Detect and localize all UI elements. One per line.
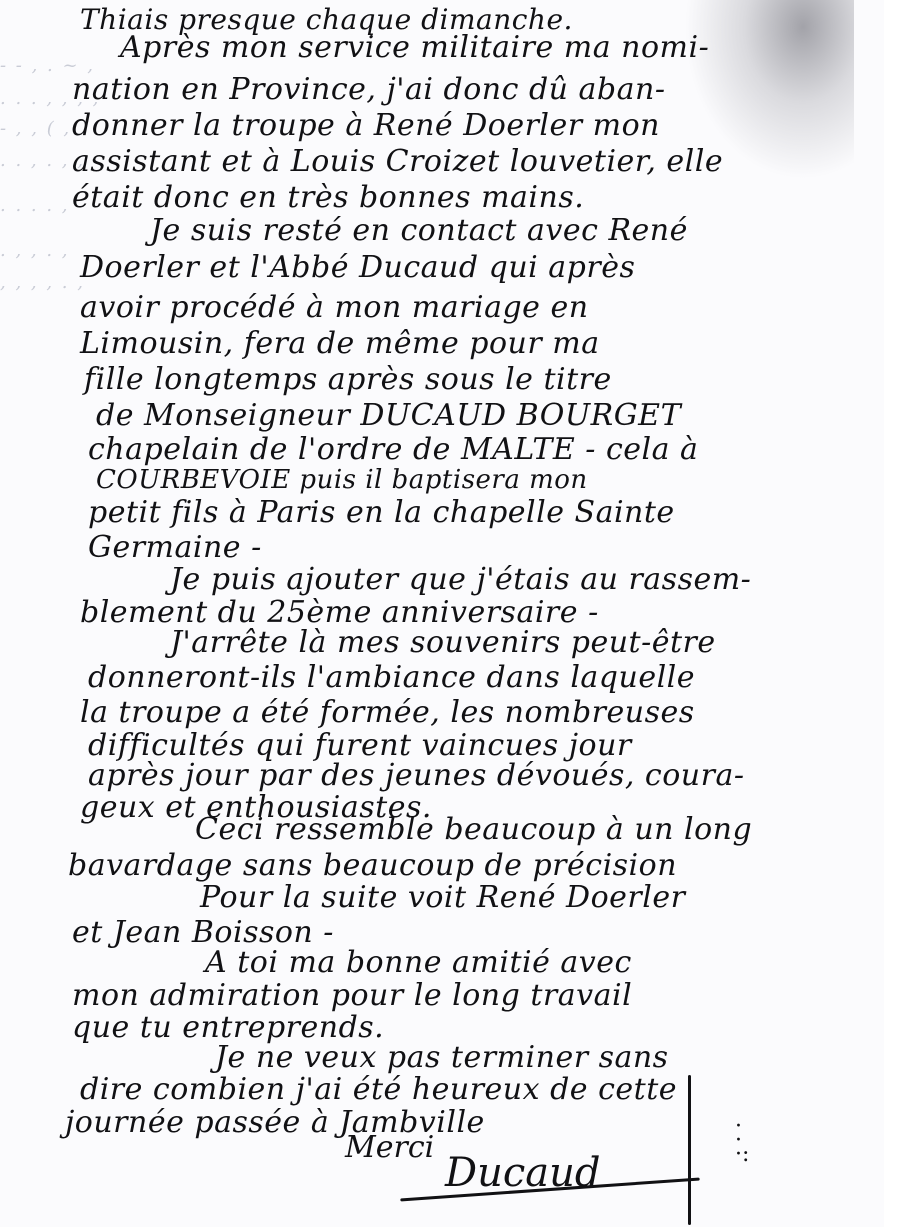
letter-line: A toi ma bonne amitié avec [205,945,632,981]
letter-line: Après mon service militaire ma nomi- [120,30,709,66]
letter-line: Je suis resté en contact avec René [150,213,688,249]
letter-line: avoir procédé à mon mariage en [80,290,589,326]
letter-line: COURBEVOIE puis il baptisera mon [96,462,588,498]
letter-line: Je puis ajouter que j'étais au rassem- [170,562,751,598]
letter-line: Limousin, fera de même pour ma [80,326,600,362]
letter-line: Je ne veux pas terminer sans [215,1040,669,1076]
page-margin [884,0,900,1227]
letter-line: J'arrête là mes souvenirs peut-être [170,625,716,661]
scanned-letter-page: - - , . ~ , . . . , , , , - , , ( , . . … [0,0,884,1227]
letter-line: Ceci ressemble beaucoup à un long [195,812,752,848]
letter-line: assistant et à Louis Croizet louvetier, … [72,144,723,180]
letter-line: petit fils à Paris en la chapelle Sainte [88,495,675,531]
letter-line: bavardage sans beaucoup de précision [68,848,677,884]
letter-line: la troupe a été formée, les nombreuses [80,695,695,731]
letter-line: était donc en très bonnes mains. [72,180,584,216]
letter-line: fille longtemps après sous le titre [84,362,612,398]
letter-line: Germaine - [88,530,262,566]
letter-line: Pour la suite voit René Doerler [200,880,685,916]
letter-line: nation en Province, j'ai donc dû aban- [72,72,665,108]
letter-line: après jour par des jeunes dévoués, coura… [88,758,744,794]
letter-line: de Monseigneur DUCAUD BOURGET [96,398,681,434]
signature-closing: Merci [345,1130,434,1165]
letter-line: mon admiration pour le long travail [72,978,632,1014]
letter-line: donneront-ils l'ambiance dans laquelle [88,660,695,696]
signature-flourish [688,1075,691,1225]
letter-line: dire combien j'ai été heureux de cette [80,1072,677,1108]
letter-line: Doerler et l'Abbé Ducaud qui après [80,250,635,286]
letter-line: donner la troupe à René Doerler mon [72,108,660,144]
signature-dots: ···: [735,1120,749,1162]
